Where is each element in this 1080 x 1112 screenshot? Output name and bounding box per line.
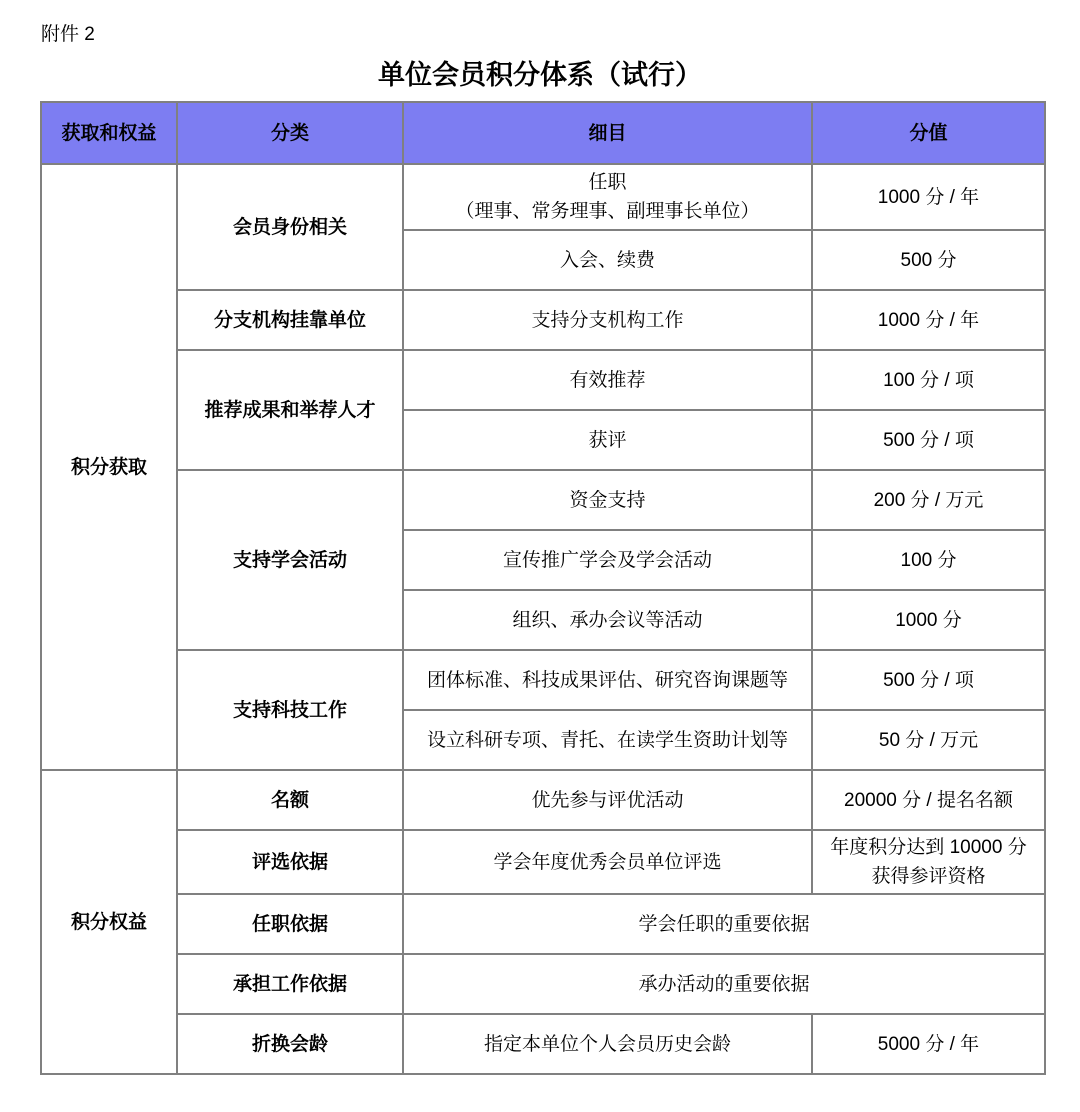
detail-cell: 获评	[403, 410, 812, 470]
group-cell-points-acquisition: 积分获取	[41, 164, 177, 770]
detail-cell: 学会年度优秀会员单位评选	[403, 830, 812, 894]
merged-detail-cell: 学会任职的重要依据	[403, 894, 1045, 954]
points-table: 获取和权益 分类 细目 分值 积分获取 会员身份相关 任职 （理事、常务理事、副…	[40, 101, 1046, 1075]
category-cell: 评选依据	[177, 830, 403, 894]
attachment-label: 附件 2	[41, 22, 95, 48]
score-cell: 200 分 / 万元	[812, 470, 1045, 530]
score-cell: 5000 分 / 年	[812, 1014, 1045, 1074]
header-cell-score: 分值	[812, 102, 1045, 164]
detail-cell: 有效推荐	[403, 350, 812, 410]
group-cell-points-rights: 积分权益	[41, 770, 177, 1074]
table-row: 折换会龄 指定本单位个人会员历史会龄 5000 分 / 年	[41, 1014, 1045, 1074]
detail-cell: 资金支持	[403, 470, 812, 530]
table-row: 积分权益 名额 优先参与评优活动 20000 分 / 提名名额	[41, 770, 1045, 830]
score-cell: 年度积分达到 10000 分 获得参评资格	[812, 830, 1045, 894]
table-row: 评选依据 学会年度优秀会员单位评选 年度积分达到 10000 分 获得参评资格	[41, 830, 1045, 894]
table-row: 任职依据 学会任职的重要依据	[41, 894, 1045, 954]
score-cell: 100 分 / 项	[812, 350, 1045, 410]
score-cell: 20000 分 / 提名名额	[812, 770, 1045, 830]
category-cell: 分支机构挂靠单位	[177, 290, 403, 350]
document-page: 附件 2 单位会员积分体系（试行） 获取和权益 分类 细目 分值 积分获取 会员…	[0, 0, 1080, 1112]
score-cell: 1000 分 / 年	[812, 290, 1045, 350]
category-cell: 支持科技工作	[177, 650, 403, 770]
table-row: 承担工作依据 承办活动的重要依据	[41, 954, 1045, 1014]
header-row: 获取和权益 分类 细目 分值	[41, 102, 1045, 164]
table-row: 积分获取 会员身份相关 任职 （理事、常务理事、副理事长单位） 1000 分 /…	[41, 164, 1045, 230]
category-cell: 会员身份相关	[177, 164, 403, 290]
detail-cell: 设立科研专项、青托、在读学生资助计划等	[403, 710, 812, 770]
table-row: 分支机构挂靠单位 支持分支机构工作 1000 分 / 年	[41, 290, 1045, 350]
header-cell-detail: 细目	[403, 102, 812, 164]
category-cell: 推荐成果和举荐人才	[177, 350, 403, 470]
category-cell: 任职依据	[177, 894, 403, 954]
detail-cell: 任职 （理事、常务理事、副理事长单位）	[403, 164, 812, 230]
table-row: 支持学会活动 资金支持 200 分 / 万元	[41, 470, 1045, 530]
category-cell: 支持学会活动	[177, 470, 403, 650]
merged-detail-cell: 承办活动的重要依据	[403, 954, 1045, 1014]
detail-cell: 支持分支机构工作	[403, 290, 812, 350]
category-cell: 名额	[177, 770, 403, 830]
table-row: 支持科技工作 团体标准、科技成果评估、研究咨询课题等 500 分 / 项	[41, 650, 1045, 710]
score-cell: 1000 分	[812, 590, 1045, 650]
score-cell: 500 分	[812, 230, 1045, 290]
detail-cell: 宣传推广学会及学会活动	[403, 530, 812, 590]
detail-cell: 指定本单位个人会员历史会龄	[403, 1014, 812, 1074]
score-cell: 100 分	[812, 530, 1045, 590]
page-title: 单位会员积分体系（试行）	[0, 58, 1080, 92]
score-cell: 500 分 / 项	[812, 410, 1045, 470]
detail-cell: 优先参与评优活动	[403, 770, 812, 830]
header-cell-category: 分类	[177, 102, 403, 164]
score-cell: 1000 分 / 年	[812, 164, 1045, 230]
detail-cell: 组织、承办会议等活动	[403, 590, 812, 650]
table-row: 推荐成果和举荐人才 有效推荐 100 分 / 项	[41, 350, 1045, 410]
score-cell: 50 分 / 万元	[812, 710, 1045, 770]
header-cell-acquisition-and-rights: 获取和权益	[41, 102, 177, 164]
detail-cell: 团体标准、科技成果评估、研究咨询课题等	[403, 650, 812, 710]
detail-cell: 入会、续费	[403, 230, 812, 290]
category-cell: 折换会龄	[177, 1014, 403, 1074]
score-cell: 500 分 / 项	[812, 650, 1045, 710]
category-cell: 承担工作依据	[177, 954, 403, 1014]
